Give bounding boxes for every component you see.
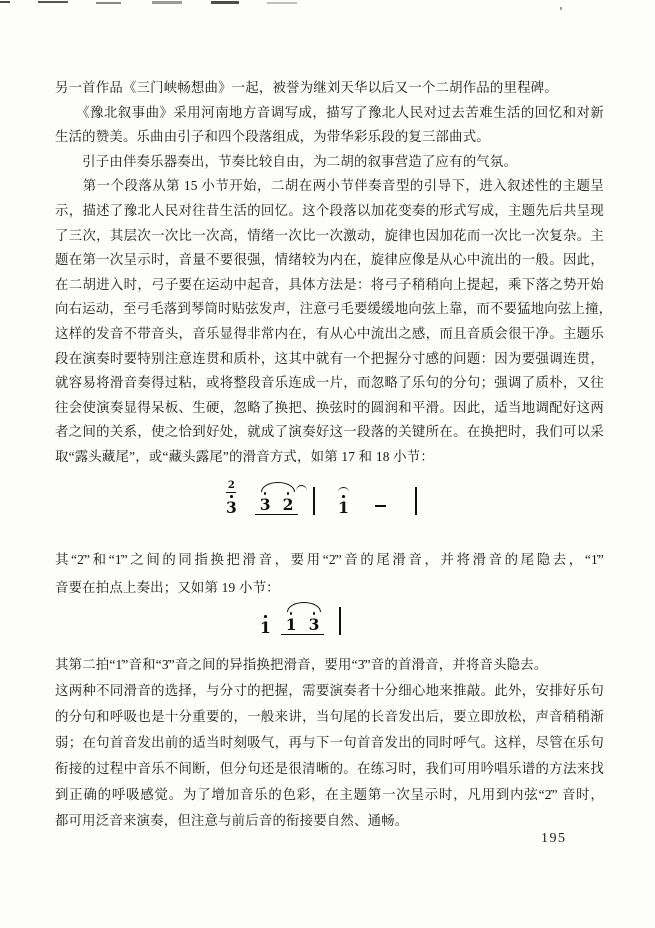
note: 1: [286, 617, 297, 633]
body-text-block-2: 其“2̇”和“1̇”之间的同指换把滑音，要用“2̇”音的尾滑音，并将滑音的尾隐去…: [55, 546, 604, 602]
scan-artifact: [96, 2, 121, 4]
note: 1: [338, 500, 349, 516]
beam-line: 3 2: [255, 490, 299, 515]
text-line: 音要在拍点上奏出；又如第 19 小节：: [55, 574, 604, 602]
grace-note-group: 2 3: [226, 481, 237, 515]
note: 2: [283, 497, 294, 513]
tied-note: 1: [338, 487, 349, 515]
slur-arc: [261, 482, 295, 492]
body-text-block-1: 另一首作品《三门峡畅想曲》一起，被誉为继刘天华以后又一个二胡作品的里程碑。 《豫…: [55, 76, 604, 470]
note-with-octave-dot: 1: [286, 610, 297, 632]
text-line: 往会使演奏显得呆板、生硬，忽略了换把、换弦时的圆润和平滑。因此，适当地调配好这两: [55, 396, 604, 421]
note: 3: [309, 617, 320, 633]
barline: [313, 487, 315, 515]
note: 3: [226, 500, 237, 516]
beamed-note-pair: 3 2: [255, 490, 299, 515]
text-line: 《豫北叙事曲》采用河南地方音调写成，描写了豫北人民对过去苦难生活的回忆和对新: [55, 101, 604, 126]
text-line: 这两种不同滑音的选择，与分寸的把握，需要演奏者十分细心地来推敲。此外，安排好乐句: [55, 678, 604, 704]
scan-artifact: [38, 1, 68, 3]
note-with-octave-dot: 3: [260, 490, 271, 512]
body-text-block-3: 其第二拍“1̇”音和“3̇”音之间的异指换把滑音，要用“3̇”音的首滑音，并将音…: [55, 652, 604, 834]
text-line: 衔接的过程中音乐不间断，但分句还是很清晰的。在练习时，我们可用吟唱乐谱的方法来找: [55, 756, 604, 782]
page-number: 195: [541, 831, 567, 847]
text-line: 生活的赞美。乐曲由引子和四个段落组成，为带华彩乐段的复三部曲式。: [55, 125, 604, 150]
note-with-octave-dot: 1: [260, 613, 271, 635]
text-line: 到正确的呼吸感觉。为了增加音乐的色彩，在主题第一次呈示时，凡用到内弦“2̇” 音…: [55, 782, 604, 808]
grace-note: 2: [226, 481, 236, 493]
text-line: 其第二拍“1̇”音和“3̇”音之间的异指换把滑音，要用“3̇”音的首滑音，并将音…: [55, 652, 604, 678]
note: 1: [260, 620, 271, 636]
barline: [339, 607, 341, 635]
music-example-measure-19: 1 1 3: [250, 607, 354, 635]
text-line: 另一首作品《三门峡畅想曲》一起，被誉为继刘天华以后又一个二胡作品的里程碑。: [55, 76, 604, 101]
slur-arc: [287, 602, 321, 612]
scan-artifact: [560, 7, 562, 10]
scanned-book-page: 另一首作品《三门峡畅想曲》一起，被誉为继刘天华以后又一个二胡作品的里程碑。 《豫…: [0, 0, 655, 928]
note: 3: [260, 497, 271, 513]
beam-line: 1 3: [281, 610, 325, 635]
text-line: 示，描述了豫北人民对往昔生活的回忆。这个段落以加花变奏的形式写成，主题先后共呈现: [55, 199, 604, 224]
note-with-octave-dot: 2: [283, 490, 294, 512]
music-example-measures-17-18: 2 3 3 2 1: [226, 481, 430, 515]
scan-artifact: [152, 1, 182, 4]
text-line: 弱；在句首音发出前的适当时刻吸气，再与下一句首音发出的同时呼气。这样，尽管在乐句: [55, 730, 604, 756]
text-line: 了三次，其层次一次比一次高，情绪一次比一次激动，旋律也因加花而一次比一次复杂。主: [55, 224, 604, 249]
barline: [415, 487, 417, 515]
text-line: 的分句和呼吸也是十分重要的，一般来讲，当句尾的长音发出后，要立即放松，声音稍稍渐: [55, 704, 604, 730]
tie-mark: [296, 485, 307, 491]
text-line: 引子由伴奏乐器奏出，节奏比较自由，为二胡的叙事营造了应有的气氛。: [55, 150, 604, 175]
scan-artifact: [211, 1, 239, 4]
beamed-note-pair: 1 3: [281, 610, 325, 635]
scan-artifact: [267, 2, 297, 4]
note-with-octave-dot: 3: [309, 610, 320, 632]
tie-mark: [338, 487, 349, 492]
text-line: 者之间的关系，使之恰到好处，就成了演奏好这一段落的关键所在。在换把时，我们可以采: [55, 420, 604, 445]
text-line: 其“2̇”和“1̇”之间的同指换把滑音，要用“2̇”音的尾滑音，并将滑音的尾隐去…: [55, 546, 604, 574]
text-line: 就容易将滑音奏得过粘，或将整段音乐连成一片，而忽略了乐句的分句；强调了质朴，又往: [55, 371, 604, 396]
text-line: 向右运动，至弓毛落到琴筒时贴弦发声，注意弓毛要缓缓地向弦上靠，而不要猛地向弦上撞…: [55, 297, 604, 322]
text-line: 这样的发音不带音头，音乐显得非常内在，有从心中流出之感，而且音质会很干净。主题乐: [55, 322, 604, 347]
text-line: 第一个段落从第 15 小节开始，二胡在两小节伴奏音型的引导下，进入叙述性的主题呈: [55, 174, 604, 199]
scan-artifact: [0, 1, 10, 3]
text-line: 段在演奏时要特别注意连贯和质朴，这其中就有一个把握分寸感的问题：因为要强调连贯，: [55, 347, 604, 372]
text-line: 都可用泛音来演奏，但注意与前后音的衔接要自然、通畅。: [55, 808, 604, 834]
text-line: 题在第一次呈示时，音量不要很强，情绪较为内在，旋律应像是从心中流出的一般。因此，: [55, 248, 604, 273]
text-line: 取“露头藏尾”，或“藏头露尾”的滑音方式，如第 17 和 18 小节：: [55, 445, 604, 470]
text-line: 在二胡进入时，弓子要在运动中起音，具体方法是：将弓子稍稍向上提起，乘下落之势开始: [55, 273, 604, 298]
duration-dash: [375, 505, 386, 507]
